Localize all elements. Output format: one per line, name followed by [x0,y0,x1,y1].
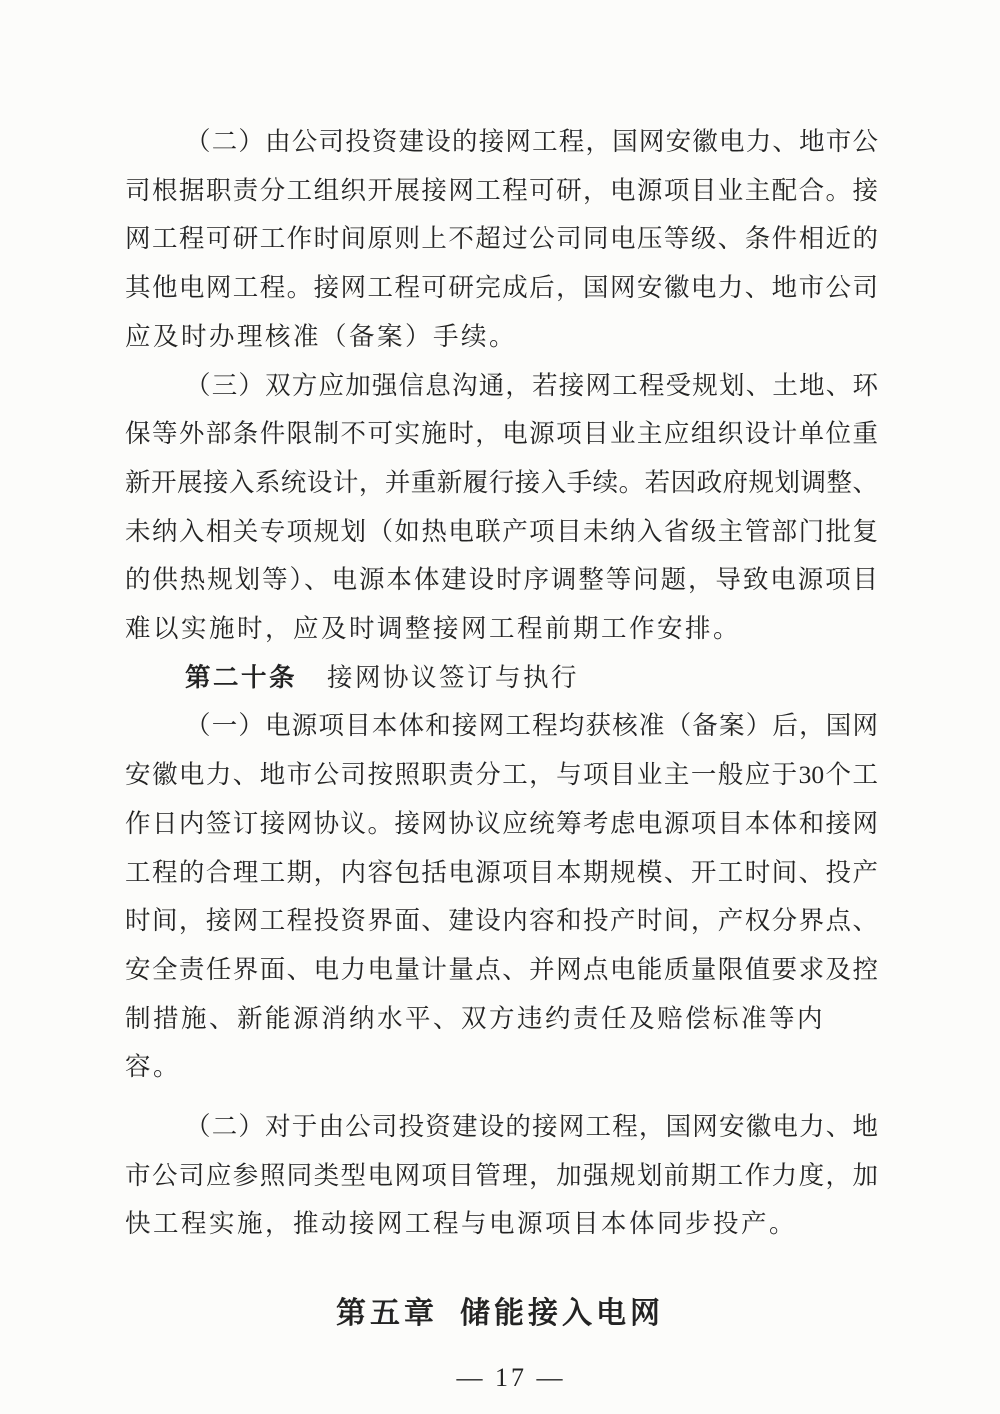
text-line: 时间，接网工程投资界面、建设内容和投产时间，产权分界点、 [125,897,878,946]
text-line: 司根据职责分工组织开展接网工程可研，电源项目业主配合。接 [125,167,878,216]
text-line: 应及时办理核准（备案）手续。 [125,313,878,362]
text-line: 作日内签订接网协议。接网协议应统筹考虑电源项目本体和接网 [125,800,878,849]
paragraph-item-2-grid-project: （二）由公司投资建设的接网工程，国网安徽电力、地市公 司根据职责分工组织开展接网… [125,118,878,362]
paragraph-item-1-agreement: （一）电源项目本体和接网工程均获核准（备案）后，国网 安徽电力、地市公司按照职责… [125,702,878,1092]
article-number: 第二十条 [185,663,297,692]
text-line: 快工程实施，推动接网工程与电源项目本体同步投产。 [125,1200,878,1249]
text-line: 市公司应参照同类型电网项目管理，加强规划前期工作力度，加 [125,1152,878,1201]
document-page: （二）由公司投资建设的接网工程，国网安徽电力、地市公 司根据职责分工组织开展接网… [0,0,1000,1414]
page-number: — 17 — [11,1363,1000,1393]
text-line: 工程的合理工期，内容包括电源项目本期规模、开工时间、投产 [125,849,878,898]
article-20-heading: 第二十条接网协议签订与执行 [125,654,878,703]
text-line: 安徽电力、地市公司按照职责分工，与项目业主一般应于30个工 [125,751,878,800]
text-line: 其他电网工程。接网工程可研完成后，国网安徽电力、地市公司 [125,264,878,313]
text-line: （二）对于由公司投资建设的接网工程，国网安徽电力、地 [125,1103,878,1152]
article-title: 接网协议签订与执行 [327,663,579,692]
text-line: 的供热规划等）、电源本体建设时序调整等问题，导致电源项目 [125,556,878,605]
body-text: （二）由公司投资建设的接网工程，国网安徽电力、地市公 司根据职责分工组织开展接网… [0,0,1000,1249]
chapter-5-heading: 第五章储能接入电网 [0,1289,1000,1339]
text-line: 安全责任界面、电力电量计量点、并网点电能质量限值要求及控 [125,946,878,995]
text-line: （三）双方应加强信息沟通，若接网工程受规划、土地、环 [125,362,878,411]
text-line: 制措施、新能源消纳水平、双方违约责任及赔偿标准等内容。 [125,995,878,1092]
text-line: 保等外部条件限制不可实施时，电源项目业主应组织设计单位重 [125,410,878,459]
text-line: 未纳入相关专项规划（如热电联产项目未纳入省级主管部门批复 [125,508,878,557]
paragraph-item-3-communication: （三）双方应加强信息沟通，若接网工程受规划、土地、环 保等外部条件限制不可实施时… [125,362,878,654]
text-line: 难以实施时，应及时调整接网工程前期工作安排。 [125,605,878,654]
text-line: 网工程可研工作时间原则上不超过公司同电压等级、条件相近的 [125,215,878,264]
text-line: （一）电源项目本体和接网工程均获核准（备案）后，国网 [125,702,878,751]
text-line: （二）由公司投资建设的接网工程，国网安徽电力、地市公 [125,118,878,167]
paragraph-item-2-company-invest: （二）对于由公司投资建设的接网工程，国网安徽电力、地 市公司应参照同类型电网项目… [125,1103,878,1249]
chapter-number: 第五章 [336,1297,438,1330]
text-line: 新开展接入系统设计，并重新履行接入手续。若因政府规划调整、 [125,459,878,508]
chapter-title: 储能接入电网 [460,1297,664,1330]
